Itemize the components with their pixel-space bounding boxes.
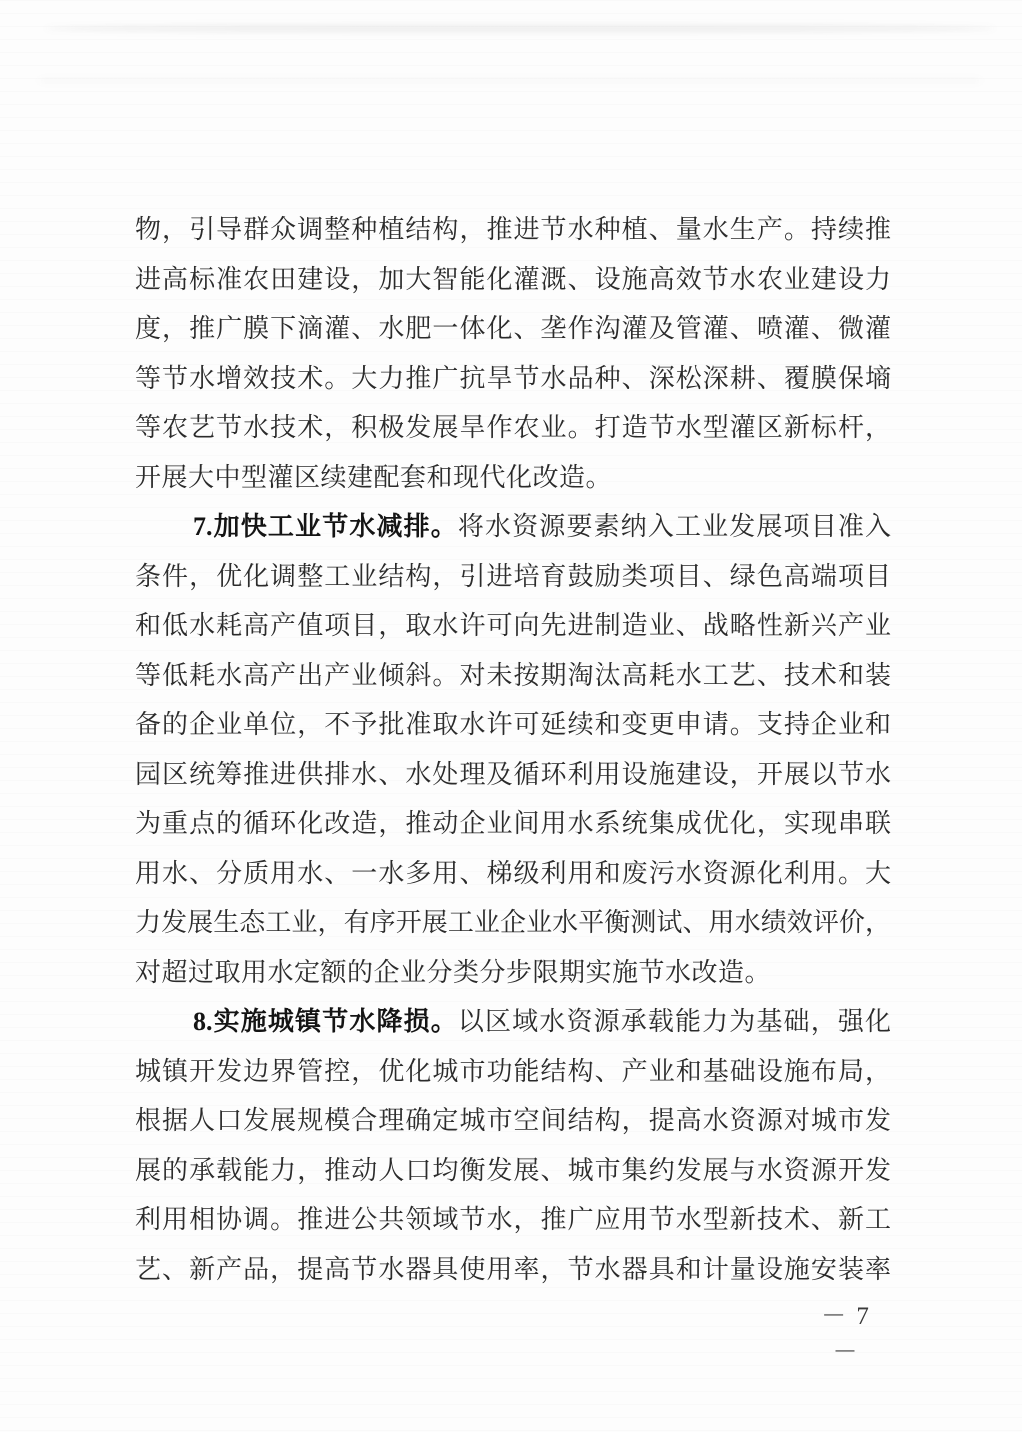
scanned-document-page: { "document": { "lines": [ { "text": "物，… [0, 0, 1022, 1432]
document-line: 等节水增效技术。大力推广抗旱节水品种、深松深耕、覆膜保墒 [135, 354, 891, 404]
line-text: 等农艺节水技术，积极发展旱作农业。打造节水型灌区新标杆， [135, 413, 891, 442]
document-line: 开展大中型灌区续建配套和现代化改造。 [135, 453, 891, 503]
document-line: 利用相协调。推进公共领域节水，推广应用节水型新技术、新工 [135, 1195, 891, 1245]
line-text: 利用相协调。推进公共领域节水，推广应用节水型新技术、新工 [135, 1205, 891, 1234]
paragraph-heading: 7.加快工业节水减排。 [193, 512, 458, 541]
line-text: 和低水耗高产值项目，取水许可向先进制造业、战略性新兴产业 [135, 611, 891, 640]
line-text: 对超过取用水定额的企业分类分步限期实施节水改造。 [135, 958, 771, 987]
document-line: 度，推广膜下滴灌、水肥一体化、垄作沟灌及管灌、喷灌、微灌 [135, 304, 891, 354]
document-line: 根据人口发展规模合理确定城市空间结构，提高水资源对城市发 [135, 1096, 891, 1146]
line-text: 条件，优化调整工业结构，引进培育鼓励类项目、绿色高端项目 [135, 562, 891, 591]
line-text: 根据人口发展规模合理确定城市空间结构，提高水资源对城市发 [135, 1106, 891, 1135]
line-text: 力发展生态工业，有序开展工业企业水平衡测试、用水绩效评价， [135, 908, 891, 937]
line-text: 备的企业单位，不予批准取水许可延续和变更申请。支持企业和 [135, 710, 891, 739]
document-line: 备的企业单位，不予批准取水许可延续和变更申请。支持企业和 [135, 700, 891, 750]
line-text: 等节水增效技术。大力推广抗旱节水品种、深松深耕、覆膜保墒 [135, 364, 891, 393]
document-line: 物，引导群众调整种植结构，推进节水种植、量水生产。持续推 [135, 205, 891, 255]
paragraph-indent [135, 534, 193, 535]
line-text: 艺、新产品，提高节水器具使用率，节水器具和计量设施安装率 [135, 1255, 891, 1284]
paragraph-heading: 8.实施城镇节水降损。 [193, 1007, 458, 1036]
line-text: 用水、分质用水、一水多用、梯级利用和废污水资源化利用。大 [135, 859, 891, 888]
line-text: 展的承载能力，推动人口均衡发展、城市集约发展与水资源开发 [135, 1156, 891, 1185]
document-line: 进高标准农田建设，加大智能化灌溉、设施高效节水农业建设力 [135, 255, 891, 305]
document-line: 展的承载能力，推动人口均衡发展、城市集约发展与水资源开发 [135, 1146, 891, 1196]
document-line: 等农艺节水技术，积极发展旱作农业。打造节水型灌区新标杆， [135, 403, 891, 453]
scan-smudge-artifact-2 [40, 78, 980, 83]
document-line: 条件，优化调整工业结构，引进培育鼓励类项目、绿色高端项目 [135, 552, 891, 602]
line-text: 将水资源要素纳入工业发展项目准入 [458, 512, 891, 541]
line-text: 进高标准农田建设，加大智能化灌溉、设施高效节水农业建设力 [135, 265, 891, 294]
document-body: 物，引导群众调整种植结构，推进节水种植、量水生产。持续推进高标准农田建设，加大智… [135, 205, 891, 1294]
document-line: 用水、分质用水、一水多用、梯级利用和废污水资源化利用。大 [135, 849, 891, 899]
line-text: 物，引导群众调整种植结构，推进节水种植、量水生产。持续推 [135, 215, 891, 244]
line-text: 开展大中型灌区续建配套和现代化改造。 [135, 463, 612, 492]
document-line: 7.加快工业节水减排。将水资源要素纳入工业发展项目准入 [135, 502, 891, 552]
document-line: 城镇开发边界管控，优化城市功能结构、产业和基础设施布局， [135, 1047, 891, 1097]
line-text: 等低耗水高产出产业倾斜。对未按期淘汰高耗水工艺、技术和装 [135, 661, 891, 690]
paragraph-indent [135, 1029, 193, 1030]
line-text: 城镇开发边界管控，优化城市功能结构、产业和基础设施布局， [135, 1057, 891, 1086]
scan-smudge-artifact [45, 24, 995, 33]
page-number: － 7 － [806, 1296, 886, 1368]
document-line: 为重点的循环化改造，推动企业间用水系统集成优化，实现串联 [135, 799, 891, 849]
document-line: 对超过取用水定额的企业分类分步限期实施节水改造。 [135, 948, 891, 998]
line-text: 为重点的循环化改造，推动企业间用水系统集成优化，实现串联 [135, 809, 891, 838]
line-text: 以区域水资源承载能力为基础，强化 [458, 1007, 891, 1036]
line-text: 园区统筹推进供排水、水处理及循环利用设施建设，开展以节水 [135, 760, 891, 789]
document-line: 艺、新产品，提高节水器具使用率，节水器具和计量设施安装率 [135, 1245, 891, 1295]
document-line: 8.实施城镇节水降损。以区域水资源承载能力为基础，强化 [135, 997, 891, 1047]
document-line: 等低耗水高产出产业倾斜。对未按期淘汰高耗水工艺、技术和装 [135, 651, 891, 701]
line-text: 度，推广膜下滴灌、水肥一体化、垄作沟灌及管灌、喷灌、微灌 [135, 314, 891, 343]
document-line: 力发展生态工业，有序开展工业企业水平衡测试、用水绩效评价， [135, 898, 891, 948]
document-line: 和低水耗高产值项目，取水许可向先进制造业、战略性新兴产业 [135, 601, 891, 651]
document-line: 园区统筹推进供排水、水处理及循环利用设施建设，开展以节水 [135, 750, 891, 800]
